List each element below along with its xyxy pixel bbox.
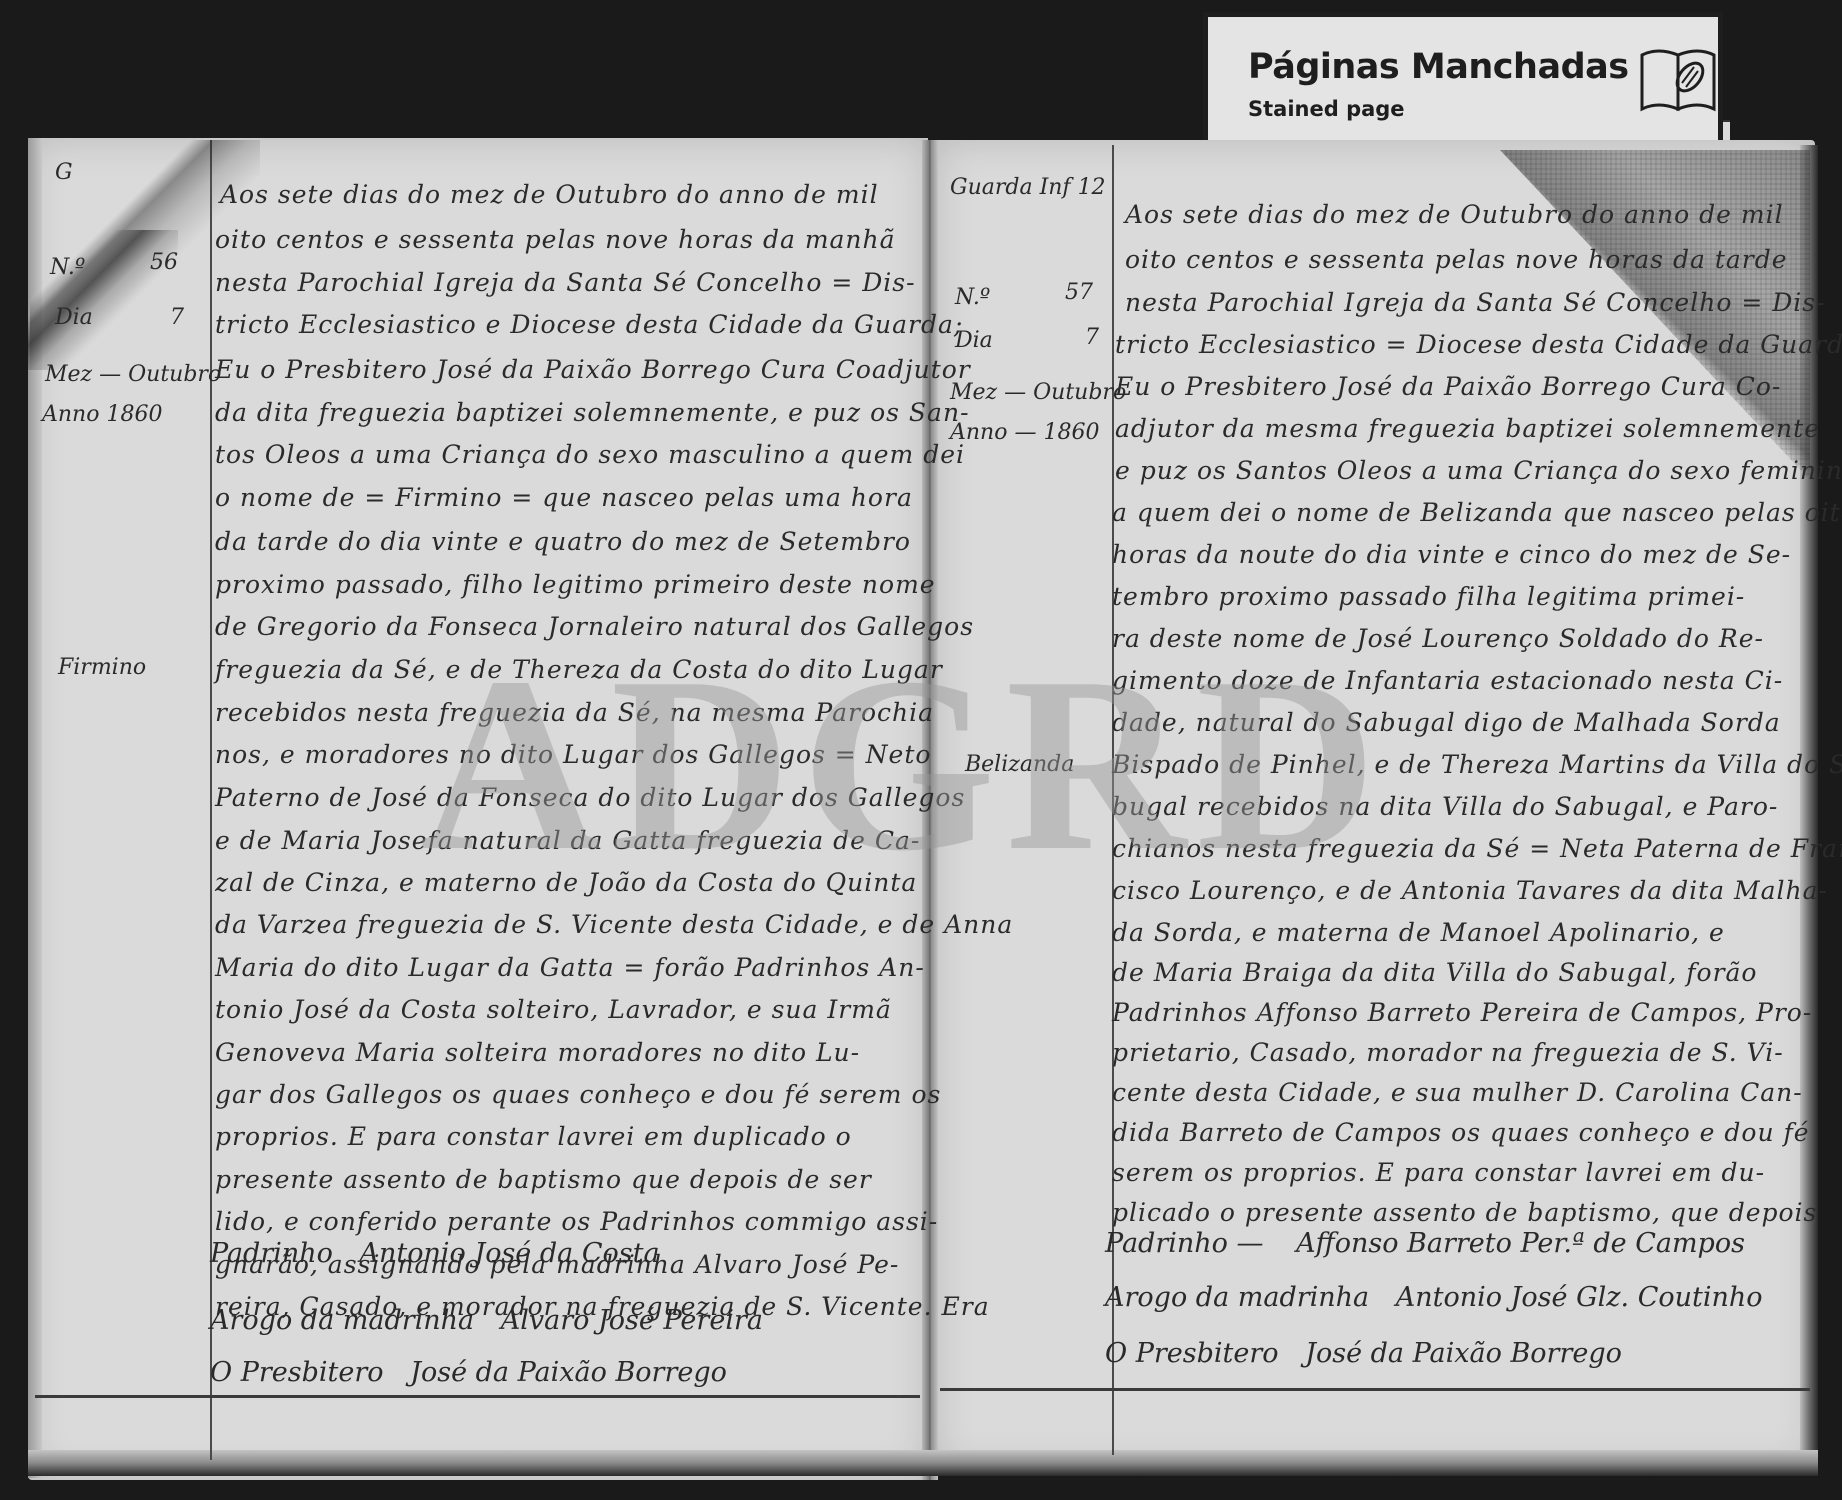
text-line: tricto Ecclesiastico e Diocese desta Cid… xyxy=(215,310,963,339)
signature-name: Alvaro José Pereira xyxy=(501,1305,763,1336)
text-line: Aos sete dias do mez de Outubro do anno … xyxy=(220,180,879,209)
text-line: nos, e moradores no dito Lugar dos Galle… xyxy=(215,740,931,769)
left-bottom-rule xyxy=(35,1395,920,1398)
text-line: tembro proximo passado filha legitima pr… xyxy=(1112,582,1745,611)
left-signature-godfather: Padrinho Antonio José da Costa xyxy=(210,1238,660,1269)
left-child-name: Firmino xyxy=(58,655,146,680)
right-bottom-rule xyxy=(940,1388,1810,1391)
text-line: tricto Ecclesiastico = Diocese desta Cid… xyxy=(1115,330,1842,359)
left-day: 7 xyxy=(170,305,184,330)
left-margin-top-note: G xyxy=(55,160,73,185)
text-line: nesta Parochial Igreja da Santa Sé Conce… xyxy=(1125,288,1826,317)
text-line: dida Barreto de Campos os quaes conheço … xyxy=(1112,1118,1810,1147)
text-line: bugal recebidos na dita Villa do Sabugal… xyxy=(1112,792,1778,821)
left-entry-number: 56 xyxy=(150,250,178,275)
text-line: recebidos nesta freguezia da Sé, na mesm… xyxy=(215,698,934,727)
left-signature-priest: O Presbitero José da Paixão Borrego xyxy=(210,1357,727,1388)
right-margin-header-note: Guarda Inf 12 xyxy=(950,175,1106,200)
signature-label: Arogo da madrinha xyxy=(1105,1282,1369,1313)
text-line: zal de Cinza, e materno de João da Costa… xyxy=(215,868,917,897)
text-line: Bispado de Pinhel, e de Thereza Martins … xyxy=(1112,750,1842,779)
text-line: chianos nesta freguezia da Sé = Neta Pat… xyxy=(1112,834,1842,863)
text-line: o nome de = Firmino = que nasceo pelas u… xyxy=(215,483,913,512)
text-line: gimento doze de Infantaria estacionado n… xyxy=(1112,666,1783,695)
text-line: de Gregorio da Fonseca Jornaleiro natura… xyxy=(215,612,974,641)
left-entry-number-label: N.º xyxy=(50,255,85,280)
signature-name: José da Paixão Borrego xyxy=(410,1357,727,1388)
text-line: freguezia da Sé, e de Thereza da Costa d… xyxy=(215,655,943,684)
right-entry-number-label: N.º xyxy=(955,285,990,310)
text-line: proprios. E para constar lavrei em dupli… xyxy=(215,1122,852,1151)
text-line: de Maria Braiga da dita Villa do Sabugal… xyxy=(1112,958,1757,987)
stained-book-icon xyxy=(1638,45,1718,115)
right-day: 7 xyxy=(1085,325,1099,350)
signature-label: Arogo da madrinha xyxy=(210,1305,474,1336)
text-line: Aos sete dias do mez de Outubro do anno … xyxy=(1125,200,1784,229)
text-line: e puz os Santos Oleos a uma Criança do s… xyxy=(1115,456,1842,485)
text-line: da dita freguezia baptizei solemnemente,… xyxy=(215,398,970,427)
text-line: tos Oleos a uma Criança do sexo masculin… xyxy=(215,440,965,469)
label-title: Páginas Manchadas xyxy=(1248,47,1629,87)
left-month: Mez — Outubro xyxy=(45,362,221,387)
signature-label: Padrinho xyxy=(210,1238,333,1269)
right-year: Anno — 1860 xyxy=(950,420,1099,445)
text-line: nesta Parochial Igreja da Santa Sé Conce… xyxy=(215,268,916,297)
right-entry-number: 57 xyxy=(1065,280,1093,305)
text-line: serem os proprios. E para constar lavrei… xyxy=(1112,1158,1765,1187)
text-line: Eu o Presbitero José da Paixão Borrego C… xyxy=(1115,372,1781,401)
signature-label: O Presbitero xyxy=(210,1357,384,1388)
text-line: prietario, Casado, morador na freguezia … xyxy=(1112,1038,1784,1067)
text-line: lido, e conferido perante os Padrinhos c… xyxy=(215,1207,938,1236)
text-line: e de Maria Josefa natural da Gatta fregu… xyxy=(215,826,920,855)
signature-name: Antonio José Glz. Coutinho xyxy=(1396,1282,1763,1313)
text-line: oito centos e sessenta pelas nove horas … xyxy=(215,225,896,254)
text-line: gar dos Gallegos os quaes conheço e dou … xyxy=(215,1080,941,1109)
text-line: adjutor da mesma freguezia baptizei sole… xyxy=(1115,414,1820,443)
left-day-label: Dia xyxy=(55,305,93,330)
text-line: ra deste nome de José Lourenço Soldado d… xyxy=(1112,624,1764,653)
right-child-name: Belizanda xyxy=(965,752,1074,777)
signature-name: Affonso Barreto Per.ª de Campos xyxy=(1296,1228,1745,1259)
text-line: proximo passado, filho legitimo primeiro… xyxy=(215,570,936,599)
text-line: horas da noute do dia vinte e cinco do m… xyxy=(1112,540,1791,569)
right-day-label: Dia xyxy=(955,328,993,353)
text-line: da Sorda, e materna de Manoel Apolinario… xyxy=(1112,918,1725,947)
signature-name: Antonio José da Costa xyxy=(360,1238,660,1269)
right-month: Mez — Outubro xyxy=(950,380,1126,405)
signature-label: O Presbitero xyxy=(1105,1338,1279,1369)
text-line: a quem dei o nome de Belizanda que nasce… xyxy=(1112,498,1842,527)
text-line: dade, natural do Sabugal digo de Malhada… xyxy=(1112,708,1781,737)
left-year: Anno 1860 xyxy=(42,402,162,427)
text-line: presente assento de baptismo que depois … xyxy=(215,1165,872,1194)
text-line: tonio José da Costa solteiro, Lavrador, … xyxy=(215,995,892,1024)
text-line: da Varzea freguezia de S. Vicente desta … xyxy=(215,910,1013,939)
text-line: cisco Lourenço, e de Antonia Tavares da … xyxy=(1112,876,1828,905)
text-line: Genoveva Maria solteira moradores no dit… xyxy=(215,1038,860,1067)
text-line: Maria do dito Lugar da Gatta = forão Pad… xyxy=(215,953,925,982)
signature-label: Padrinho — xyxy=(1105,1228,1264,1259)
right-signature-godmother-proxy: Arogo da madrinha Antonio José Glz. Cout… xyxy=(1105,1282,1763,1313)
text-line: oito centos e sessenta pelas nove horas … xyxy=(1125,245,1788,274)
left-signature-godmother-proxy: Arogo da madrinha Alvaro José Pereira xyxy=(210,1305,763,1336)
text-line: plicado o presente assento de baptismo, … xyxy=(1112,1198,1817,1227)
right-signature-priest: O Presbitero José da Paixão Borrego xyxy=(1105,1338,1622,1369)
stained-page-label: Páginas Manchadas Stained page xyxy=(1203,12,1723,142)
right-signature-godfather: Padrinho — Affonso Barreto Per.ª de Camp… xyxy=(1105,1228,1745,1259)
text-line: Padrinhos Affonso Barreto Pereira de Cam… xyxy=(1112,998,1812,1027)
text-line: da tarde do dia vinte e quatro do mez de… xyxy=(215,527,911,556)
book-bottom-edge xyxy=(28,1450,1818,1476)
signature-name: José da Paixão Borrego xyxy=(1305,1338,1622,1369)
label-subtitle: Stained page xyxy=(1248,97,1405,121)
text-line: cente desta Cidade, e sua mulher D. Caro… xyxy=(1112,1078,1803,1107)
text-line: Paterno de José da Fonseca do dito Lugar… xyxy=(215,783,965,812)
text-line: Eu o Presbitero José da Paixão Borrego C… xyxy=(215,355,971,384)
